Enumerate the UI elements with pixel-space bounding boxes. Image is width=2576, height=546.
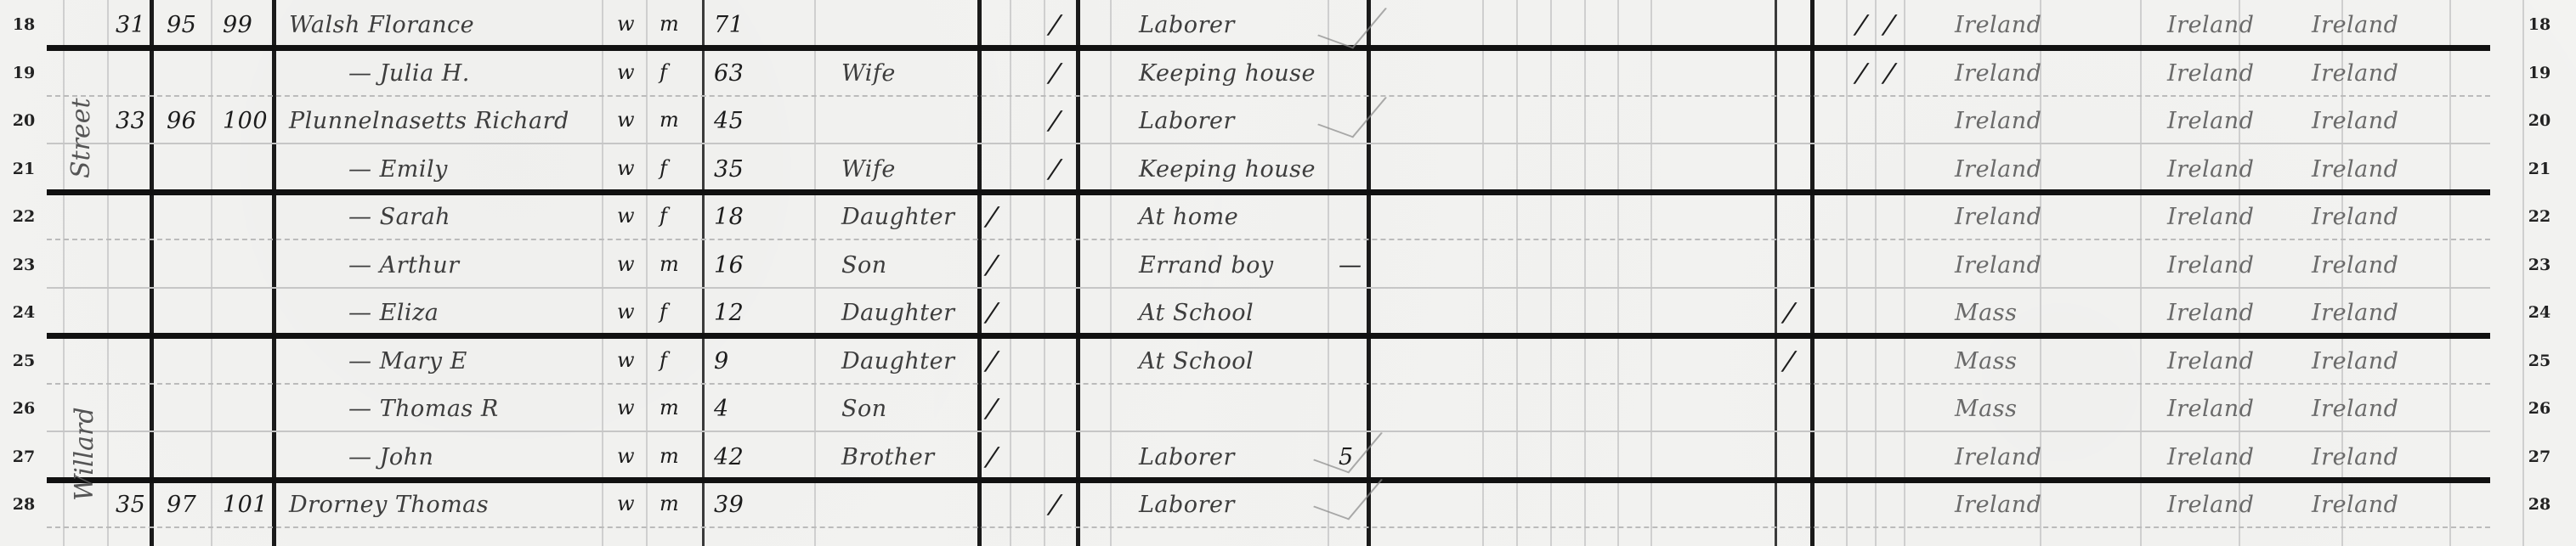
cell-single: /: [982, 250, 1002, 280]
line-number: 19: [7, 64, 41, 82]
cell-cannot-write: /: [1880, 10, 1899, 40]
cell-relationship: Daughter: [841, 204, 955, 230]
cell-father-birthplace: Ireland: [2167, 444, 2254, 470]
cell-mother-birthplace: Ireland: [2312, 252, 2398, 279]
cell-house: 31: [116, 12, 145, 38]
cell-occupation: Laborer: [1139, 12, 1235, 38]
cell-birthplace: Ireland: [1955, 12, 2041, 38]
line-number: 22: [7, 207, 41, 226]
cell-mother-birthplace: Ireland: [2312, 300, 2398, 326]
vertical-rule: [107, 0, 109, 546]
cell-married: /: [1045, 490, 1065, 520]
cell-occupation: Keeping house: [1139, 60, 1316, 87]
cell-birthplace: Ireland: [1955, 108, 2041, 134]
vertical-rule: [702, 0, 705, 546]
cell-family: 99: [223, 12, 252, 38]
vertical-rule: [272, 0, 276, 546]
cell-months-unemployed: —: [1339, 252, 1362, 279]
vertical-rule: [1044, 0, 1045, 546]
horizontal-rule: [47, 95, 2490, 97]
vertical-rule: [1076, 0, 1080, 546]
line-number: 18: [7, 15, 41, 34]
cell-occupation: Laborer: [1139, 108, 1235, 134]
cell-name: — Mary E: [348, 348, 467, 374]
line-number: 24: [2522, 303, 2556, 322]
cell-school: /: [1780, 346, 1799, 376]
cell-sex: f: [660, 156, 667, 180]
cell-birthplace: Ireland: [1955, 60, 2041, 87]
cell-birthplace: Ireland: [1955, 204, 2041, 230]
cell-color: w: [617, 396, 635, 419]
vertical-rule: [1482, 0, 1484, 546]
cell-mother-birthplace: Ireland: [2312, 156, 2398, 183]
cell-single: /: [982, 346, 1002, 376]
line-number: 25: [2522, 352, 2556, 370]
vertical-rule: [602, 0, 603, 546]
line-number: 25: [7, 352, 41, 370]
vertical-rule: [977, 0, 982, 546]
cell-cannot-read: /: [1852, 59, 1871, 88]
cell-color: w: [617, 252, 635, 276]
cell-married: /: [1045, 10, 1065, 40]
horizontal-rule: [47, 333, 2490, 339]
cell-occupation: Laborer: [1139, 444, 1235, 470]
cell-color: w: [617, 204, 635, 228]
cell-married: /: [1045, 106, 1065, 136]
cell-family: 100: [223, 108, 268, 134]
cell-age: 42: [714, 444, 744, 470]
cell-father-birthplace: Ireland: [2167, 492, 2254, 518]
cell-mother-birthplace: Ireland: [2312, 60, 2398, 87]
vertical-rule: [1904, 0, 1905, 546]
vertical-rule: [1810, 0, 1815, 546]
cell-name: — Arthur: [348, 252, 460, 279]
cell-father-birthplace: Ireland: [2167, 12, 2254, 38]
horizontal-rule: [47, 189, 2490, 195]
line-number: 27: [2522, 447, 2556, 466]
cell-age: 9: [714, 348, 729, 374]
cell-sex: m: [660, 108, 679, 132]
line-number: 27: [7, 447, 41, 466]
line-number: 23: [2522, 256, 2556, 274]
cell-school: /: [1780, 298, 1799, 328]
cell-single: /: [982, 298, 1002, 328]
cell-name: — Julia H.: [348, 60, 470, 87]
cell-occupation: Keeping house: [1139, 156, 1316, 183]
horizontal-rule: [47, 383, 2490, 385]
vertical-rule: [1875, 0, 1877, 546]
cell-age: 63: [714, 60, 744, 87]
line-number: 23: [7, 256, 41, 274]
cell-name: — John: [348, 444, 433, 470]
horizontal-rule: [47, 287, 2490, 289]
cell-relationship: Wife: [841, 60, 896, 87]
cell-occupation: At School: [1139, 348, 1254, 374]
vertical-rule: [814, 0, 816, 546]
cell-relationship: Daughter: [841, 300, 955, 326]
horizontal-rule: [47, 239, 2490, 240]
cell-name: — Thomas R: [348, 396, 499, 422]
line-number: 26: [7, 399, 41, 418]
cell-age: 71: [714, 12, 744, 38]
pencil-check-mark: [1313, 420, 1383, 474]
line-number: 26: [2522, 399, 2556, 418]
horizontal-rule: [47, 431, 2490, 432]
cell-color: w: [617, 108, 635, 132]
cell-dwelling: 97: [167, 492, 196, 518]
vertical-rule: [2449, 0, 2451, 546]
vertical-rule: [1846, 0, 1848, 546]
cell-color: w: [617, 492, 635, 515]
line-number: 20: [7, 111, 41, 130]
cell-name: — Eliza: [348, 300, 439, 326]
cell-birthplace: Mass: [1955, 300, 2017, 326]
vertical-rule: [150, 0, 154, 546]
cell-birthplace: Ireland: [1955, 492, 2041, 518]
vertical-rule: [1775, 0, 1777, 546]
cell-color: w: [617, 300, 635, 324]
cell-father-birthplace: Ireland: [2167, 204, 2254, 230]
cell-sex: m: [660, 492, 679, 515]
cell-father-birthplace: Ireland: [2167, 108, 2254, 134]
cell-name: — Sarah: [348, 204, 450, 230]
cell-color: w: [617, 60, 635, 84]
cell-father-birthplace: Ireland: [2167, 348, 2254, 374]
vertical-rule: [63, 0, 65, 546]
cell-dwelling: 96: [167, 108, 196, 134]
vertical-rule: [1367, 0, 1371, 546]
cell-age: 45: [714, 108, 744, 134]
vertical-rule: [1516, 0, 1518, 546]
vertical-rule: [1617, 0, 1619, 546]
cell-color: w: [617, 444, 635, 468]
horizontal-rule: [47, 477, 2490, 483]
pencil-check-mark: [1313, 467, 1383, 521]
vertical-rule: [646, 0, 648, 546]
cell-relationship: Son: [841, 252, 887, 279]
cell-mother-birthplace: Ireland: [2312, 348, 2398, 374]
cell-married: /: [1045, 155, 1065, 184]
line-number: 24: [7, 303, 41, 322]
cell-mother-birthplace: Ireland: [2312, 492, 2398, 518]
cell-birthplace: Ireland: [1955, 252, 2041, 279]
vertical-rule: [2140, 0, 2142, 546]
cell-mother-birthplace: Ireland: [2312, 396, 2398, 422]
horizontal-rule: [47, 45, 2490, 51]
cell-single: /: [982, 442, 1002, 472]
cell-cannot-write: /: [1880, 59, 1899, 88]
cell-father-birthplace: Ireland: [2167, 396, 2254, 422]
cell-relationship: Wife: [841, 156, 896, 183]
line-number: 20: [2522, 111, 2556, 130]
cell-family: 101: [223, 492, 268, 518]
cell-sex: m: [660, 396, 679, 419]
cell-color: w: [617, 156, 635, 180]
cell-relationship: Son: [841, 396, 887, 422]
cell-father-birthplace: Ireland: [2167, 60, 2254, 87]
cell-house: 35: [116, 492, 145, 518]
cell-single: /: [982, 202, 1002, 232]
cell-age: 39: [714, 492, 744, 518]
cell-sex: m: [660, 12, 679, 36]
vertical-rule: [1010, 0, 1011, 546]
cell-age: 12: [714, 300, 744, 326]
vertical-rule: [1110, 0, 1112, 546]
cell-mother-birthplace: Ireland: [2312, 12, 2398, 38]
cell-father-birthplace: Ireland: [2167, 156, 2254, 183]
cell-age: 18: [714, 204, 744, 230]
vertical-rule: [211, 0, 212, 546]
cell-father-birthplace: Ireland: [2167, 252, 2254, 279]
cell-name: Drorney Thomas: [289, 492, 489, 518]
cell-occupation: At School: [1139, 300, 1254, 326]
vertical-rule: [1584, 0, 1586, 546]
cell-occupation: Errand boy: [1139, 252, 1274, 279]
cell-mother-birthplace: Ireland: [2312, 444, 2398, 470]
cell-color: w: [617, 348, 635, 372]
cell-mother-birthplace: Ireland: [2312, 108, 2398, 134]
cell-married: /: [1045, 59, 1065, 88]
cell-sex: f: [660, 204, 667, 228]
horizontal-rule: [47, 526, 2490, 528]
cell-color: w: [617, 12, 635, 36]
line-number: 21: [7, 160, 41, 178]
cell-sex: m: [660, 252, 679, 276]
cell-occupation: Laborer: [1139, 492, 1235, 518]
cell-sex: f: [660, 60, 667, 84]
line-number: 28: [7, 495, 41, 514]
census-sheet: 1819202122232425262728 18192021222324252…: [0, 0, 2576, 546]
line-number: 22: [2522, 207, 2556, 226]
vertical-rule: [1650, 0, 1652, 546]
line-number: 21: [2522, 160, 2556, 178]
line-number: 28: [2522, 495, 2556, 514]
cell-sex: f: [660, 348, 667, 372]
street-name-willard: Willard: [70, 407, 99, 501]
cell-name: Walsh Florance: [289, 12, 474, 38]
horizontal-rule: [47, 143, 2490, 144]
cell-father-birthplace: Ireland: [2167, 300, 2254, 326]
cell-sex: m: [660, 444, 679, 468]
cell-name: — Emily: [348, 156, 448, 183]
line-number: 18: [2522, 15, 2556, 34]
cell-dwelling: 95: [167, 12, 196, 38]
cell-house: 33: [116, 108, 145, 134]
cell-mother-birthplace: Ireland: [2312, 204, 2398, 230]
street-name-street: Street: [66, 98, 96, 178]
cell-sex: f: [660, 300, 667, 324]
cell-name: Plunnelnasetts Richard: [289, 108, 569, 134]
cell-age: 16: [714, 252, 744, 279]
cell-occupation: At home: [1139, 204, 1238, 230]
cell-relationship: Daughter: [841, 348, 955, 374]
cell-birthplace: Ireland: [1955, 156, 2041, 183]
cell-birthplace: Mass: [1955, 396, 2017, 422]
cell-relationship: Brother: [841, 444, 935, 470]
cell-age: 4: [714, 396, 729, 422]
line-number: 19: [2522, 64, 2556, 82]
cell-single: /: [982, 394, 1002, 424]
cell-birthplace: Ireland: [1955, 444, 2041, 470]
cell-birthplace: Mass: [1955, 348, 2017, 374]
cell-age: 35: [714, 156, 744, 183]
vertical-rule: [1550, 0, 1552, 546]
cell-cannot-read: /: [1852, 10, 1871, 40]
